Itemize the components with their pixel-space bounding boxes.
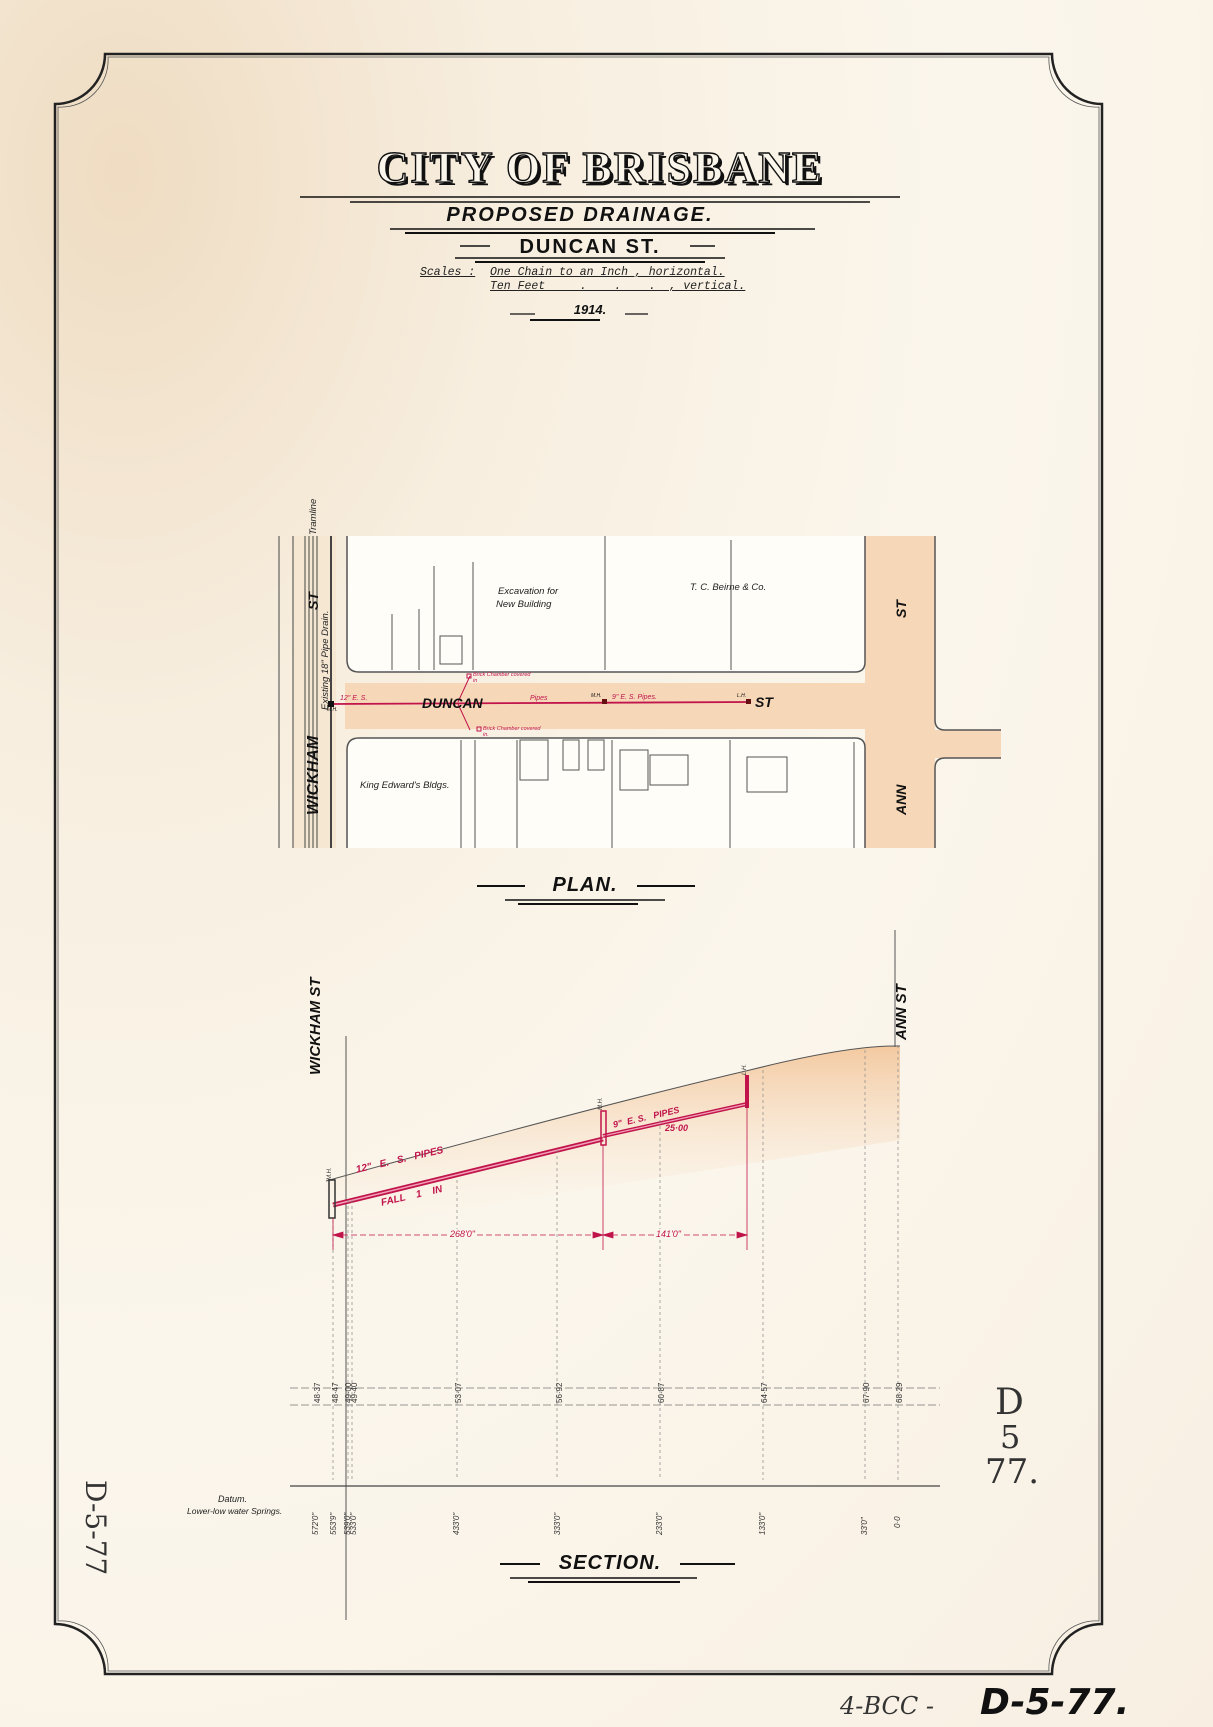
level-value: 56·92	[555, 1383, 564, 1403]
level-value: 67·90	[862, 1383, 871, 1403]
chainage-value: 133'0"	[758, 1513, 767, 1535]
level-value: 49·40	[350, 1383, 359, 1403]
chainage-value: 433'0"	[452, 1513, 461, 1535]
level-value: 68·29	[895, 1383, 904, 1403]
dimension-141: 141'0"	[654, 1229, 683, 1239]
level-value: 64·57	[760, 1383, 769, 1403]
datum-label: Datum.	[218, 1494, 247, 1504]
level-value: 48·47	[331, 1383, 340, 1403]
footer-code: D-5-77.	[980, 1682, 1129, 1723]
stamp-number: 5	[1000, 1418, 1020, 1456]
footer-reference: 4-BCC -	[840, 1692, 934, 1720]
chainage-value: 233'0"	[655, 1513, 664, 1535]
section-wickham-label: WICKHAM ST	[307, 978, 324, 1076]
chainage-value: 33'0"	[860, 1517, 869, 1535]
chainage-value: 0·0	[893, 1516, 902, 1528]
chainage-value: 553'9"	[329, 1513, 338, 1535]
chainage-value: 333'0"	[553, 1513, 562, 1535]
section-gradient: 25·00	[665, 1123, 688, 1133]
section-ann-label: ANN ST	[893, 984, 910, 1040]
section-heading: SECTION.	[540, 1552, 680, 1575]
dimension-268: 268'0"	[448, 1229, 477, 1239]
datum-description: Lower-low water Springs.	[187, 1506, 282, 1516]
section-mh-start: M.H.	[327, 1167, 333, 1180]
side-handwritten-note: D-5-77	[79, 1480, 112, 1575]
level-value: 53·07	[454, 1383, 463, 1403]
section-lh-end: L.H.	[742, 1064, 748, 1075]
level-value: 48·37	[313, 1383, 322, 1403]
chainage-value: 533'0"	[349, 1513, 358, 1535]
stamp-sheet: 77.	[985, 1452, 1039, 1492]
stamp-letter: D	[995, 1382, 1024, 1423]
section-mh-mid: M.H.	[598, 1097, 604, 1110]
chainage-value: 572'0"	[311, 1513, 320, 1535]
level-value: 60·87	[657, 1383, 666, 1403]
